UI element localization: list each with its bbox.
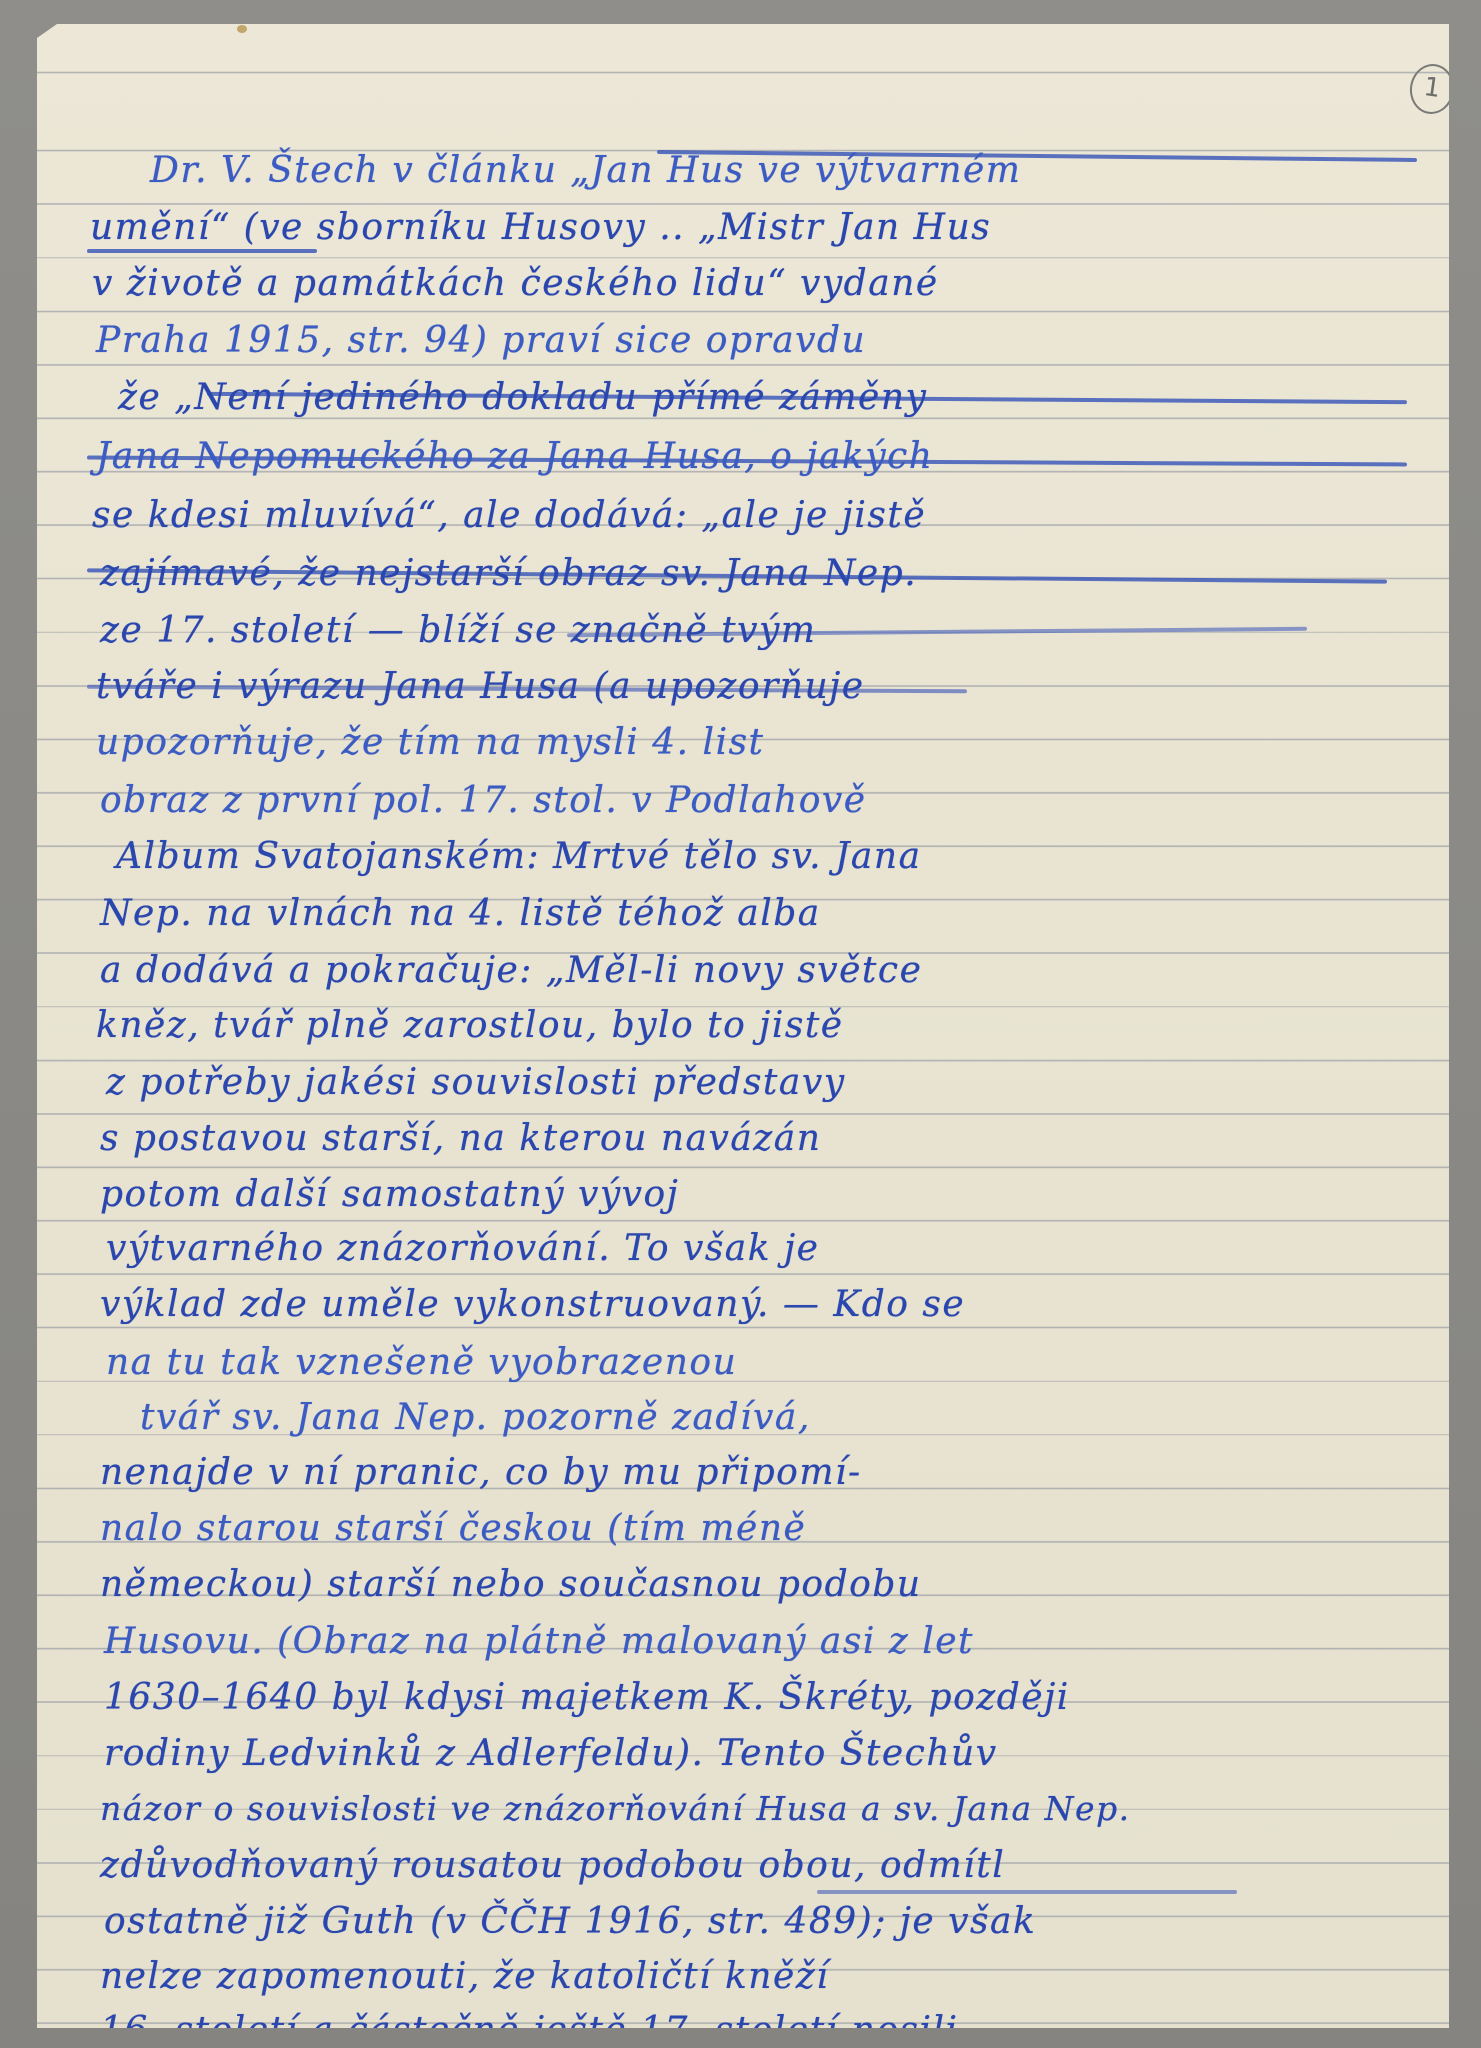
text-line: na tu tak vznešeně vyobrazenou (106, 1342, 737, 1383)
text-line: německou) starší nebo současnou podobu (100, 1564, 922, 1605)
text-line: nelze zapomenouti, že katoličtí kněží (100, 1956, 829, 1997)
manuscript-page: 1 6 Dr. V. Štech v článku „Jan Hus ve vý… (37, 24, 1449, 2028)
handwritten-text: Dr. V. Štech v článku „Jan Hus ve výtvar… (37, 24, 1449, 2028)
text-line: obraz z první pol. 17. stol. v Podlahově (100, 780, 867, 821)
text-line: Dr. V. Štech v článku „Jan Hus ve výtvar… (150, 150, 1021, 191)
text-line: kněz, tvář plně zarostlou, bylo to jistě (96, 1005, 844, 1046)
text-line: ze 17. století — blíží se značně tvým (100, 610, 816, 651)
text-line: Nep. na vlnách na 4. listě téhož alba (100, 893, 821, 934)
text-line: se kdesi mluvívá“, ale dodává: „ale je j… (92, 495, 926, 536)
text-line: nalo starou starší českou (tím méně (100, 1508, 806, 1549)
text-line: v životě a památkách českého lidu“ vydan… (92, 263, 939, 304)
text-line: umění“ (ve sborníku Husovy .. „Mistr Jan… (90, 207, 991, 248)
text-line: ostatně již Guth (v ČČH 1916, str. 489);… (104, 1901, 1036, 1942)
text-line: z potřeby jakési souvislosti představy (106, 1062, 846, 1103)
text-line: rodiny Ledvinků z Adlerfeldu). Tento Šte… (104, 1733, 998, 1774)
text-line: s postavou starší, na kterou navázán (100, 1118, 821, 1159)
text-line: 1630–1640 byl kdysi majetkem K. Škréty, … (104, 1677, 1070, 1718)
text-line: tvář sv. Jana Nep. pozorně zadívá, (140, 1397, 811, 1438)
text-line: výtvarného znázorňování. To však je (106, 1228, 820, 1269)
text-line: výklad zde uměle vykonstruovaný. — Kdo s… (100, 1284, 965, 1325)
text-line: nenajde v ní pranic, co by mu připomí- (100, 1452, 862, 1493)
text-line: zdůvodňovaný rousatou podobou obou, odmí… (100, 1845, 1005, 1886)
text-line: tváře i výrazu Jana Husa (a upozorňuje (96, 666, 865, 707)
text-line: Praha 1915, str. 94) praví sice opravdu (96, 320, 866, 361)
text-line: že „Není jediného dokladu přímé záměny (118, 377, 927, 418)
text-line: zajímavé, že nejstarší obraz sv. Jana Ne… (100, 553, 917, 594)
text-line: Album Svatojanském: Mrtvé tělo sv. Jana (116, 836, 922, 877)
text-line: Husovu. (Obraz na plátně malovaný asi z … (104, 1621, 974, 1662)
text-line: názor o souvislosti ve znázorňování Husa… (100, 1789, 1131, 1828)
text-line: a dodává a pokračuje: „Měl-li novy světc… (100, 950, 922, 991)
text-line: Jana Nepomuckého za Jana Husa, o jakých (96, 436, 933, 477)
text-line: upozorňuje, že tím na mysli 4. list (96, 722, 765, 763)
text-line: potom další samostatný vývoj (100, 1174, 679, 1215)
